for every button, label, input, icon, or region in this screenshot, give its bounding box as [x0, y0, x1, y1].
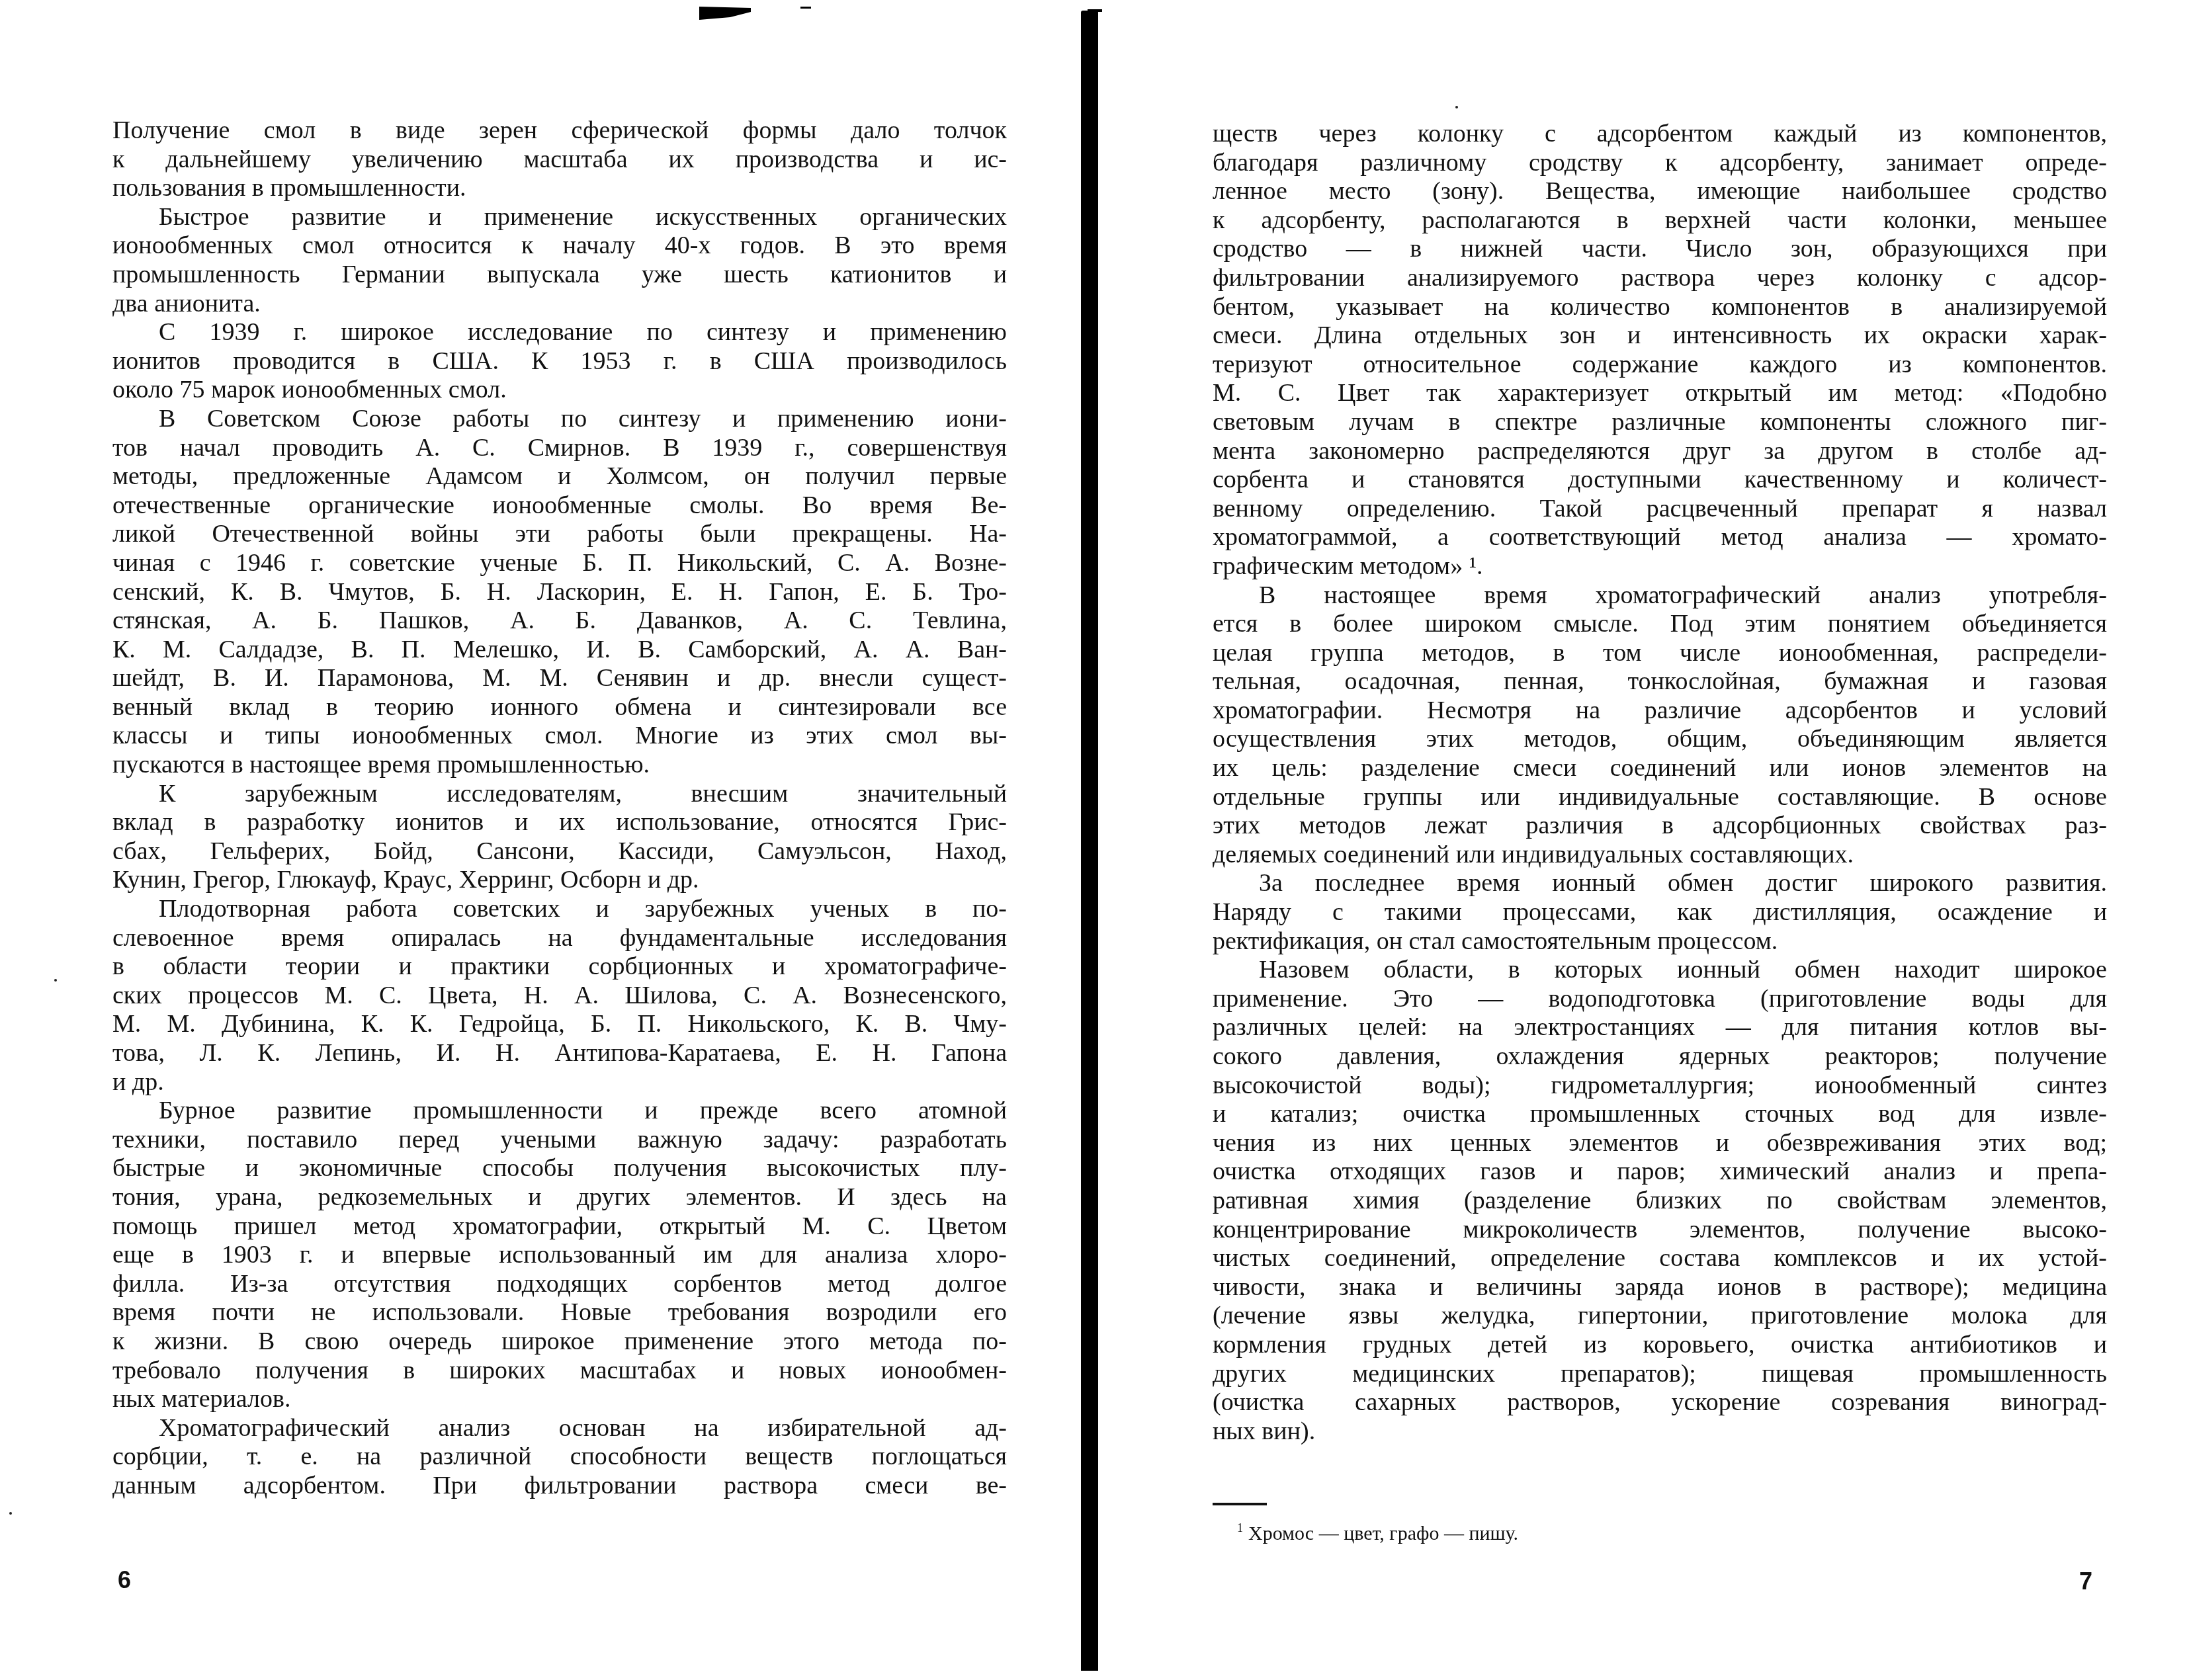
text-line: сокого давления, охлаждения ядерных реак…	[1213, 1042, 2107, 1071]
text-line: венный вклад в теорию ионного обмена и с…	[112, 693, 1007, 722]
text-line: и др.	[112, 1068, 1007, 1097]
text-line: смеси. Длина отдельных зон и интенсивнос…	[1213, 321, 2107, 351]
text-line: ется в более широком смысле. Под этим по…	[1213, 610, 2107, 639]
text-line: к жизни. В свою очередь широкое применен…	[112, 1327, 1007, 1357]
text-line: ликой Отечественной войны эти работы был…	[112, 520, 1007, 549]
text-line: очистка отходящих газов и паров; химичес…	[1213, 1157, 2107, 1187]
text-line: концентрирование микроколичеств элементо…	[1213, 1216, 2107, 1245]
text-line: целая группа методов, в том числе ионооб…	[1213, 639, 2107, 668]
left-page-body-text: Получение смол в виде зерен сферической …	[112, 116, 1007, 1501]
text-line: ионитов проводится в США. К 1953 г. в СШ…	[112, 347, 1007, 376]
text-line: ленное место (зону). Вещества, имеющие н…	[1213, 177, 2107, 206]
text-line: тов начал проводить А. С. Смирнов. В 193…	[112, 434, 1007, 463]
text-line: кормления грудных детей из коровьего, оч…	[1213, 1331, 2107, 1360]
text-line: вклад в разработку ионитов и их использо…	[112, 808, 1007, 837]
text-line: световым лучам в спектре различные компо…	[1213, 408, 2107, 437]
text-line: в области теории и практики сорбционных …	[112, 952, 1007, 982]
book-spine-shadow	[1081, 11, 1098, 1671]
text-line: ионообменных смол относится к началу 40-…	[112, 231, 1007, 261]
text-line: мента закономерно распределяются друг за…	[1213, 437, 2107, 466]
text-line: Плодотворная работа советских и зарубежн…	[112, 895, 1007, 924]
text-line: пользования в промышленности.	[112, 174, 1007, 203]
text-line: Бурное развитие промышленности и прежде …	[112, 1097, 1007, 1126]
text-line: Получение смол в виде зерен сферической …	[112, 116, 1007, 146]
scan-speck	[9, 1512, 12, 1515]
text-line: слевоенное время опиралась на фундамента…	[112, 924, 1007, 953]
text-line: ных вин).	[1213, 1417, 2107, 1447]
text-line: осуществления этих методов, общим, объед…	[1213, 725, 2107, 754]
text-line: За последнее время ионный обмен достиг ш…	[1213, 869, 2107, 898]
text-line: М. С. Цвет так характеризует открытый им…	[1213, 379, 2107, 408]
text-line: сродство — в нижней части. Число зон, об…	[1213, 235, 2107, 264]
text-line: сенский, К. В. Чмутов, Б. Н. Ласкорин, Е…	[112, 578, 1007, 607]
text-line: время почти не использовали. Новые требо…	[112, 1298, 1007, 1327]
text-line: венному определению. Такой расцвеченный …	[1213, 495, 2107, 524]
scan-speck	[54, 979, 57, 982]
page-number: 6	[118, 1566, 131, 1594]
text-line: методы, предложенные Адамсом и Холмсом, …	[112, 462, 1007, 491]
text-line: к адсорбенту, располагаются в верхней ча…	[1213, 206, 2107, 235]
text-line: Хроматографический анализ основан на изб…	[112, 1414, 1007, 1443]
text-line: техники, поставило перед учеными важную …	[112, 1126, 1007, 1155]
text-line: чиная с 1946 г. советские ученые Б. П. Н…	[112, 549, 1007, 578]
text-line: С 1939 г. широкое исследование по синтез…	[112, 318, 1007, 347]
text-line: това, Л. К. Лепинь, И. Н. Антипова-Карат…	[112, 1039, 1007, 1068]
text-line: сорбента и становятся доступными качеств…	[1213, 466, 2107, 495]
text-line: (очистка сахарных растворов, ускорение с…	[1213, 1388, 2107, 1417]
text-line: два анионита.	[112, 290, 1007, 319]
footnote-marker: 1	[1237, 1521, 1243, 1534]
text-line: благодаря различному сродству к адсорбен…	[1213, 149, 2107, 178]
text-line: ских процессов М. С. Цвета, Н. А. Шилова…	[112, 982, 1007, 1011]
text-line: фильтровании анализируемого раствора чер…	[1213, 264, 2107, 293]
text-line: графическим методом» ¹.	[1213, 552, 2107, 581]
text-line: ществ через колонку с адсорбентом каждый…	[1213, 120, 2107, 149]
text-line: теризуют относительное содержание каждог…	[1213, 351, 2107, 380]
text-line: стянская, А. Б. Пашков, А. Б. Даванков, …	[112, 607, 1007, 636]
text-line: Наряду с такими процессами, как дистилля…	[1213, 898, 2107, 927]
text-line: высокочистой воды); гидрометаллургия; ио…	[1213, 1071, 2107, 1101]
text-line: бентом, указывает на количество компонен…	[1213, 293, 2107, 322]
text-line: Кунин, Грегор, Глюкауф, Краус, Херринг, …	[112, 866, 1007, 895]
text-line: применение. Это — водоподготовка (пригот…	[1213, 985, 2107, 1014]
text-line: данным адсорбентом. При фильтровании рас…	[112, 1472, 1007, 1501]
text-line: пускаются в настоящее время промышленнос…	[112, 751, 1007, 780]
text-line: шейдт, В. И. Парамонова, М. М. Сенявин и…	[112, 664, 1007, 693]
text-line: ных материалов.	[112, 1385, 1007, 1414]
right-page: ществ через колонку с адсорбентом каждый…	[1098, 0, 2189, 1680]
text-line: филла. Из-за отсутствия подходящих сорбе…	[112, 1270, 1007, 1299]
page-number: 7	[2079, 1568, 2092, 1595]
text-line: В Советском Союзе работы по синтезу и пр…	[112, 405, 1007, 434]
text-line: чивости, знака и величины заряда ионов в…	[1213, 1273, 2107, 1302]
text-line: сбах, Гельферих, Бойд, Сансони, Кассиди,…	[112, 837, 1007, 866]
text-line: к дальнейшему увеличению масштаба их про…	[112, 146, 1007, 175]
text-line: промышленность Германии выпускала уже ше…	[112, 261, 1007, 290]
right-page-body-text: ществ через колонку с адсорбентом каждый…	[1213, 120, 2107, 1446]
left-page: Получение смол в виде зерен сферической …	[0, 0, 1085, 1680]
text-line: тония, урана, редкоземельных и других эл…	[112, 1183, 1007, 1212]
text-line: этих методов лежат различия в адсорбцион…	[1213, 812, 2107, 841]
text-line: и катализ; очистка промышленных сточных …	[1213, 1100, 2107, 1129]
text-line: хроматографии. Несмотря на различие адсо…	[1213, 696, 2107, 726]
footnote-text: Хромос — цвет, графо — пишу.	[1248, 1523, 1518, 1544]
text-line: чистых соединений, определение состава к…	[1213, 1244, 2107, 1273]
text-line: хроматограммой, а соответствующий метод …	[1213, 523, 2107, 552]
text-line: различных целей: на электростанциях — дл…	[1213, 1013, 2107, 1042]
text-line: других медицинских препаратов); пищевая …	[1213, 1360, 2107, 1389]
text-line: К. М. Салдадзе, В. П. Мелешко, И. В. Сам…	[112, 636, 1007, 665]
text-line: быстрые и экономичные способы получения …	[112, 1154, 1007, 1183]
text-line: Быстрое развитие и применение искусствен…	[112, 203, 1007, 232]
text-line: Назовем области, в которых ионный обмен …	[1213, 956, 2107, 985]
text-line: еще в 1903 г. и впервые использованный и…	[112, 1241, 1007, 1270]
text-line: отечественные органические ионообменные …	[112, 491, 1007, 521]
text-line: ративная химия (разделение близких по св…	[1213, 1187, 2107, 1216]
text-line: сорбции, т. е. на различной способности …	[112, 1443, 1007, 1472]
text-line: К зарубежным исследователям, внесшим зна…	[112, 780, 1007, 809]
text-line: В настоящее время хроматографический ана…	[1213, 581, 2107, 610]
text-line: около 75 марок ионообменных смол.	[112, 376, 1007, 405]
text-line: (лечение язвы желудка, гипертонии, приго…	[1213, 1302, 2107, 1331]
text-line: классы и типы ионообменных смол. Многие …	[112, 722, 1007, 751]
text-line: ректификация, он стал самостоятельным пр…	[1213, 927, 2107, 956]
footnote: 1Хромос — цвет, графо — пишу.	[1237, 1521, 1518, 1545]
text-line: требовало получения в широких масштабах …	[112, 1357, 1007, 1386]
text-line: деляемых соединений или индивидуальных с…	[1213, 841, 2107, 870]
scan-speck	[1455, 106, 1458, 108]
text-line: чения из них ценных элементов и обезвреж…	[1213, 1129, 2107, 1158]
text-line: их цель: разделение смеси соединений или…	[1213, 754, 2107, 783]
text-line: помощь пришел метод хроматографии, откры…	[112, 1212, 1007, 1241]
text-line: тельная, осадочная, пенная, тонкослойная…	[1213, 667, 2107, 696]
footnote-divider	[1213, 1503, 1267, 1505]
text-line: М. М. Дубинина, К. К. Гедройца, Б. П. Ни…	[112, 1010, 1007, 1039]
text-line: отдельные группы или индивидуальные сост…	[1213, 783, 2107, 812]
